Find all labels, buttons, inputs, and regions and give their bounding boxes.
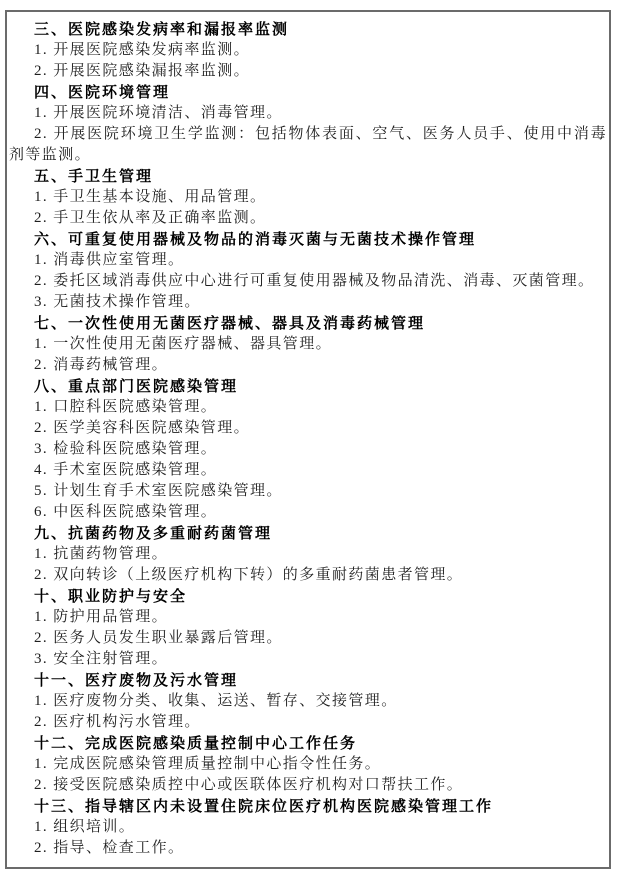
section-item: 1. 组织培训。 — [9, 817, 607, 838]
section: 十三、指导辖区内未设置住院床位医疗机构医院感染管理工作1. 组织培训。2. 指导… — [9, 796, 607, 859]
section-item: 1. 防护用品管理。 — [9, 607, 607, 628]
section-heading: 六、可重复使用器械及物品的消毒灭菌与无菌技术操作管理 — [9, 229, 607, 250]
section-item: 2. 消毒药械管理。 — [9, 355, 607, 376]
section-item: 2. 开展医院感染漏报率监测。 — [9, 61, 607, 82]
section: 五、手卫生管理1. 手卫生基本设施、用品管理。2. 手卫生依从率及正确率监测。 — [9, 166, 607, 229]
section-item: 2. 医务人员发生职业暴露后管理。 — [9, 628, 607, 649]
section-item: 2. 医学美容科医院感染管理。 — [9, 418, 607, 439]
section-item: 1. 开展医院感染发病率监测。 — [9, 40, 607, 61]
section-heading: 四、医院环境管理 — [9, 82, 607, 103]
section-item: 1. 口腔科医院感染管理。 — [9, 397, 607, 418]
section: 四、医院环境管理1. 开展医院环境清洁、消毒管理。2. 开展医院环境卫生学监测：… — [9, 82, 607, 166]
section: 八、重点部门医院感染管理1. 口腔科医院感染管理。2. 医学美容科医院感染管理。… — [9, 376, 607, 523]
section-item: 3. 安全注射管理。 — [9, 649, 607, 670]
section: 十二、完成医院感染质量控制中心工作任务1. 完成医院感染管理质量控制中心指令性任… — [9, 733, 607, 796]
section-item: 2. 双向转诊（上级医疗机构下转）的多重耐药菌患者管理。 — [9, 565, 607, 586]
section-item: 2. 手卫生依从率及正确率监测。 — [9, 208, 607, 229]
section-item: 1. 一次性使用无菌医疗器械、器具管理。 — [9, 334, 607, 355]
section-heading: 十二、完成医院感染质量控制中心工作任务 — [9, 733, 607, 754]
section: 三、医院感染发病率和漏报率监测1. 开展医院感染发病率监测。2. 开展医院感染漏… — [9, 19, 607, 82]
section-heading: 十一、医疗废物及污水管理 — [9, 670, 607, 691]
section-item: 6. 中医科医院感染管理。 — [9, 502, 607, 523]
section: 七、一次性使用无菌医疗器械、器具及消毒药械管理1. 一次性使用无菌医疗器械、器具… — [9, 313, 607, 376]
section-item: 1. 开展医院环境清洁、消毒管理。 — [9, 103, 607, 124]
section-item: 4. 手术室医院感染管理。 — [9, 460, 607, 481]
section: 六、可重复使用器械及物品的消毒灭菌与无菌技术操作管理1. 消毒供应室管理。2. … — [9, 229, 607, 313]
section-heading: 八、重点部门医院感染管理 — [9, 376, 607, 397]
section-heading: 九、抗菌药物及多重耐药菌管理 — [9, 523, 607, 544]
section-heading: 五、手卫生管理 — [9, 166, 607, 187]
section-item: 2. 开展医院环境卫生学监测：包括物体表面、空气、医务人员手、使用中消毒剂等监测… — [9, 124, 607, 166]
section: 九、抗菌药物及多重耐药菌管理1. 抗菌药物管理。2. 双向转诊（上级医疗机构下转… — [9, 523, 607, 586]
section-item: 1. 抗菌药物管理。 — [9, 544, 607, 565]
section-heading: 十、职业防护与安全 — [9, 586, 607, 607]
section-item: 2. 委托区域消毒供应中心进行可重复使用器械及物品清洗、消毒、灭菌管理。 — [9, 271, 607, 292]
section-item: 5. 计划生育手术室医院感染管理。 — [9, 481, 607, 502]
section-item: 1. 完成医院感染管理质量控制中心指令性任务。 — [9, 754, 607, 775]
section-heading: 十三、指导辖区内未设置住院床位医疗机构医院感染管理工作 — [9, 796, 607, 817]
section-heading: 七、一次性使用无菌医疗器械、器具及消毒药械管理 — [9, 313, 607, 334]
document-content: 三、医院感染发病率和漏报率监测1. 开展医院感染发病率监测。2. 开展医院感染漏… — [9, 19, 607, 859]
section-item: 3. 无菌技术操作管理。 — [9, 292, 607, 313]
document-frame: 三、医院感染发病率和漏报率监测1. 开展医院感染发病率监测。2. 开展医院感染漏… — [5, 10, 611, 869]
section-item: 3. 检验科医院感染管理。 — [9, 439, 607, 460]
section: 十、职业防护与安全1. 防护用品管理。2. 医务人员发生职业暴露后管理。3. 安… — [9, 586, 607, 670]
section-item: 1. 手卫生基本设施、用品管理。 — [9, 187, 607, 208]
section-heading: 三、医院感染发病率和漏报率监测 — [9, 19, 607, 40]
section: 十一、医疗废物及污水管理1. 医疗废物分类、收集、运送、暂存、交接管理。2. 医… — [9, 670, 607, 733]
section-item: 2. 接受医院感染质控中心或医联体医疗机构对口帮扶工作。 — [9, 775, 607, 796]
section-item: 1. 医疗废物分类、收集、运送、暂存、交接管理。 — [9, 691, 607, 712]
section-item: 2. 指导、检查工作。 — [9, 838, 607, 859]
section-item: 2. 医疗机构污水管理。 — [9, 712, 607, 733]
section-item: 1. 消毒供应室管理。 — [9, 250, 607, 271]
